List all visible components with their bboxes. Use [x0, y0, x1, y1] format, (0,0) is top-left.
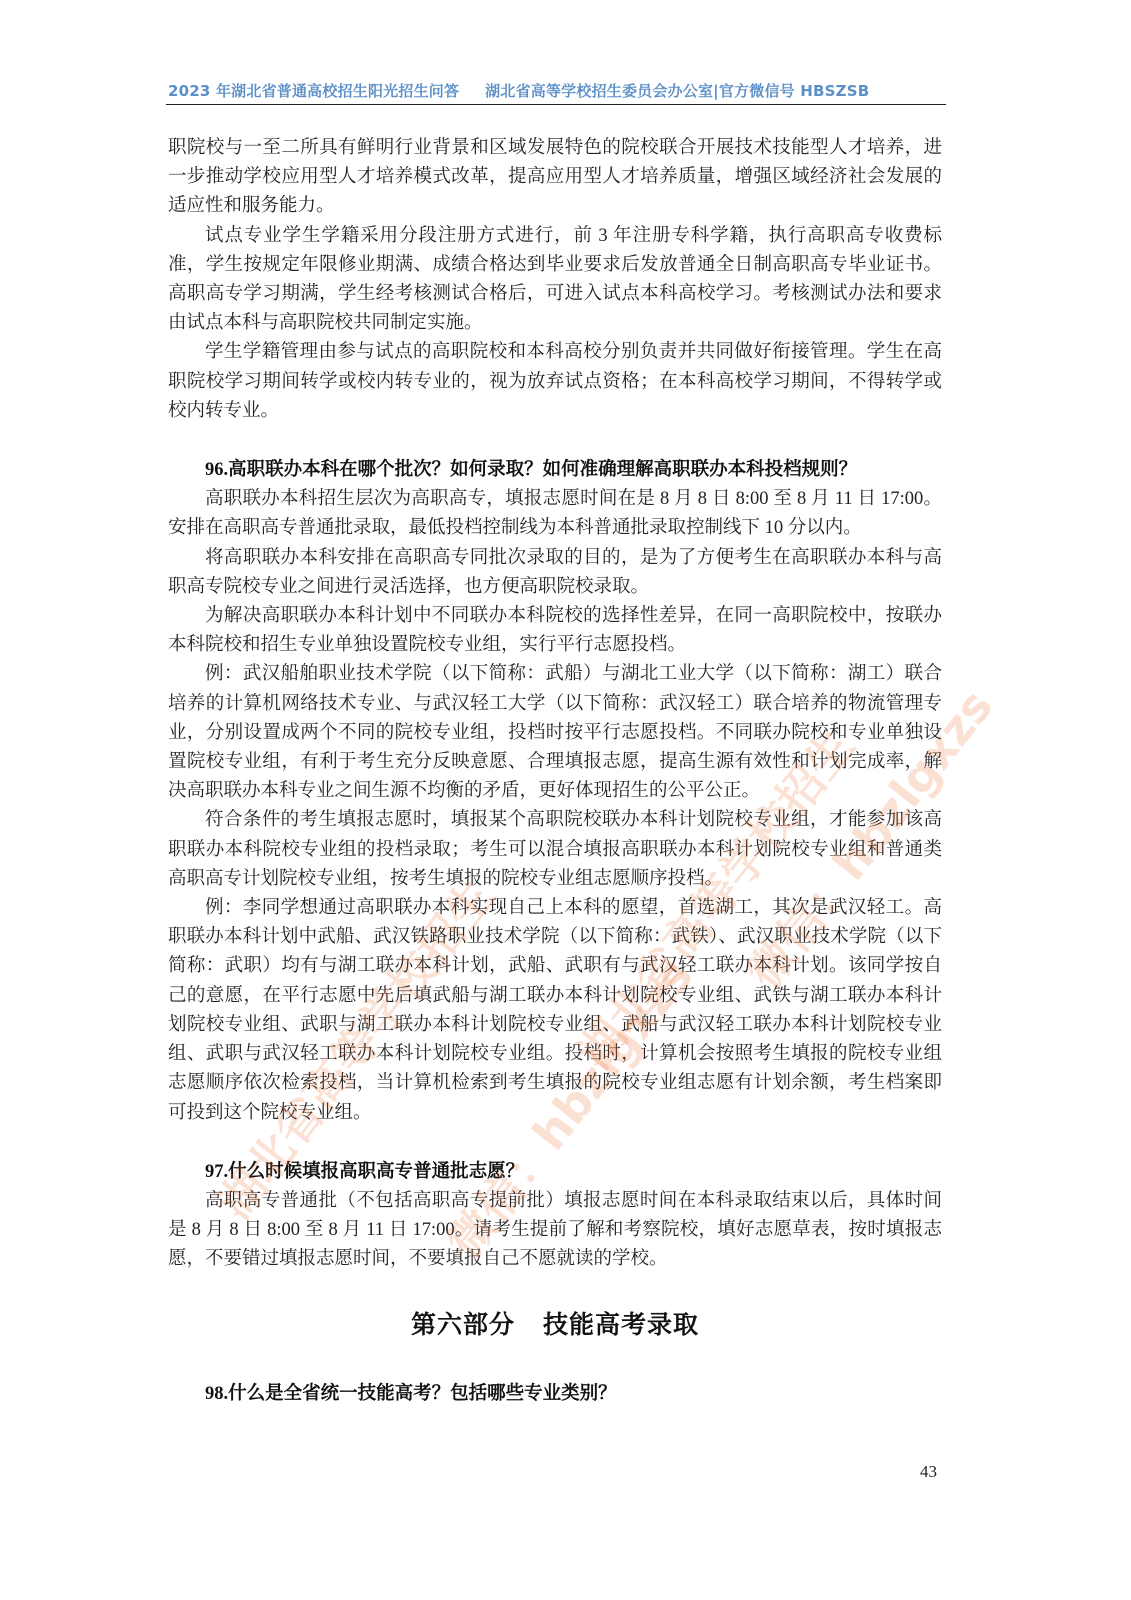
paragraph: 将高职联办本科安排在高职高专同批次录取的目的，是为了方便考生在高职联办本科与高职… — [168, 544, 942, 602]
paragraph: 高职高专普通批（不包括高职高专提前批）填报志愿时间在本科录取结束以后，具体时间是… — [168, 1187, 942, 1275]
header-divider — [166, 104, 946, 105]
header-title-left: 2023 年湖北省普通高校招生阳光招生问答 — [168, 82, 459, 100]
section-title: 技能高考录取 — [543, 1311, 699, 1339]
section-heading: 第六部分技能高考录取 — [168, 1311, 942, 1340]
paragraph: 为解决高职联办本科计划中不同联办本科院校的选择性差异，在同一高职院校中，按联办本… — [168, 602, 942, 660]
paragraph: 学生学籍管理由参与试点的高职院校和本科高校分别负责并共同做好衔接管理。学生在高职… — [168, 338, 942, 426]
document-page: 2023 年湖北省普通高校招生阳光招生问答湖北省高等学校招生委员会办公室|官方微… — [0, 0, 1131, 1600]
question-heading-98: 98.什么是全省统一技能高考？包括哪些专业类别？ — [168, 1380, 942, 1409]
running-header: 2023 年湖北省普通高校招生阳光招生问答湖北省高等学校招生委员会办公室|官方微… — [168, 80, 944, 101]
paragraph: 例：李同学想通过高职联办本科实现自己上本科的愿望，首选湖工，其次是武汉轻工。高职… — [168, 894, 942, 1128]
spacer — [168, 426, 942, 456]
question-heading-97: 97.什么时候填报高职高专普通批志愿？ — [168, 1158, 942, 1187]
paragraph: 符合条件的考生填报志愿时，填报某个高职院校联办本科计划院校专业组，才能参加该高职… — [168, 806, 942, 894]
section-part: 第六部分 — [411, 1311, 515, 1339]
paragraph: 职院校与一至二所具有鲜明行业背景和区域发展特色的院校联合开展技术技能型人才培养，… — [168, 134, 942, 222]
page-body: 职院校与一至二所具有鲜明行业背景和区域发展特色的院校联合开展技术技能型人才培养，… — [168, 134, 942, 1409]
page-number: 43 — [920, 1462, 937, 1482]
paragraph: 例：武汉船舶职业技术学院（以下简称：武船）与湖北工业大学（以下简称：湖工）联合培… — [168, 660, 942, 806]
header-title-right: 湖北省高等学校招生委员会办公室|官方微信号 HBSZSB — [485, 82, 869, 100]
spacer — [168, 1128, 942, 1158]
paragraph: 试点专业学生学籍采用分段注册方式进行，前 3 年注册专科学籍，执行高职高专收费标… — [168, 222, 942, 339]
paragraph: 高职联办本科招生层次为高职高专，填报志愿时间在是 8 月 8 日 8:00 至 … — [168, 485, 942, 543]
question-heading-96: 96.高职联办本科在哪个批次？如何录取？如何准确理解高职联办本科投档规则？ — [168, 456, 942, 485]
